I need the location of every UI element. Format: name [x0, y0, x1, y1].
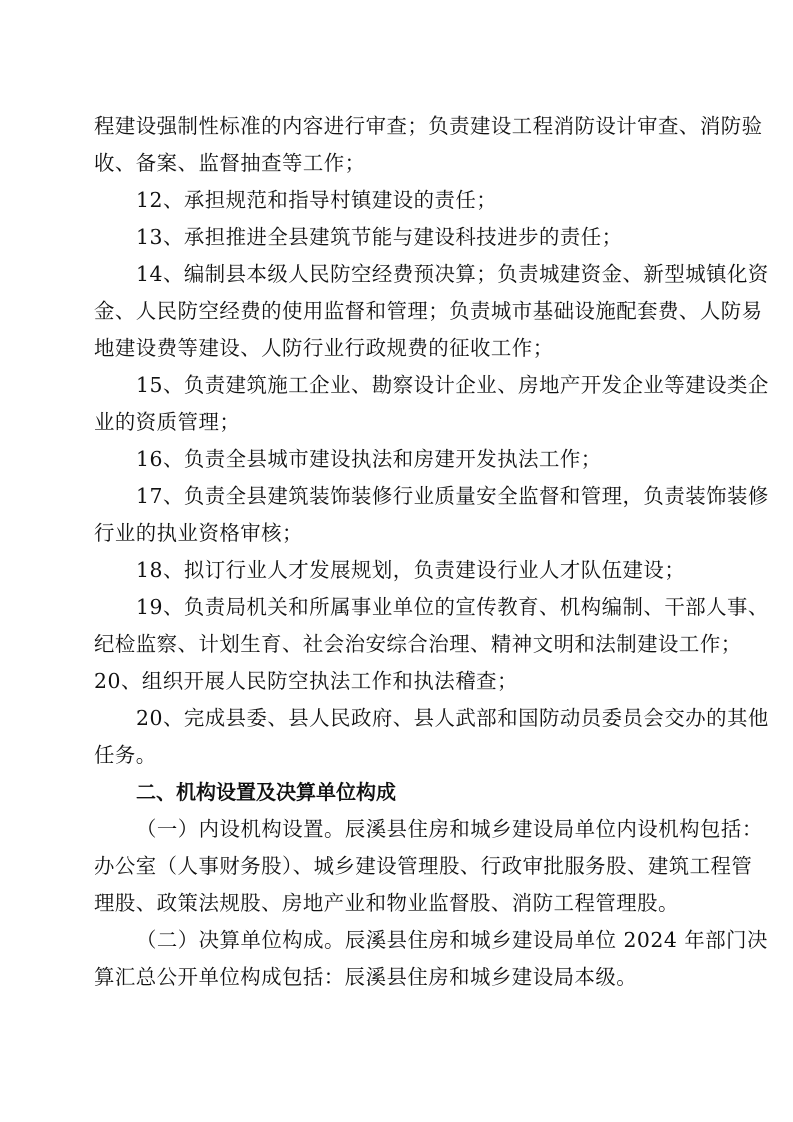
text-line: 理股、政策法规股、房地产业和物业监督股、消防工程管理股。 [94, 885, 704, 922]
section-paragraph-2: （二）决算单位构成。辰溪县住房和城乡建设局单位 2024 年部门决 [94, 922, 704, 959]
text-line: 程建设强制性标准的内容进行审查；负责建设工程消防设计审查、消防验 [94, 108, 704, 145]
list-item-13: 13、承担推进全县建筑节能与建设科技进步的责任； [94, 219, 704, 256]
list-item-17: 17、负责全县建筑装饰装修行业质量安全监督和管理，负责装饰装修 [94, 478, 704, 515]
text-line: 纪检监察、计划生育、社会治安综合治理、精神文明和法制建设工作； [94, 626, 704, 663]
text-line: 任务。 [94, 737, 704, 774]
list-item-12: 12、承担规范和指导村镇建设的责任； [94, 182, 704, 219]
text-line: 业的资质管理； [94, 404, 704, 441]
list-item-19: 19、负责局机关和所属事业单位的宣传教育、机构编制、干部人事、 [94, 589, 704, 626]
list-item-20a: 20、组织开展人民防空执法工作和执法稽查； [94, 663, 704, 700]
list-item-16: 16、负责全县城市建设执法和房建开发执法工作； [94, 441, 704, 478]
text-line: 金、人民防空经费的使用监督和管理；负责城市基础设施配套费、人防易 [94, 293, 704, 330]
document-body: 程建设强制性标准的内容进行审查；负责建设工程消防设计审查、消防验 收、备案、监督… [94, 108, 704, 996]
text-line: 办公室（人事财务股）、城乡建设管理股、行政审批服务股、建筑工程管 [94, 848, 704, 885]
section-heading: 二、机构设置及决算单位构成 [94, 774, 704, 811]
text-line: 地建设费等建设、人防行业行政规费的征收工作； [94, 330, 704, 367]
section-paragraph-1: （一）内设机构设置。辰溪县住房和城乡建设局单位内设机构包括： [94, 811, 704, 848]
document-page: 程建设强制性标准的内容进行审查；负责建设工程消防设计审查、消防验 收、备案、监督… [0, 0, 793, 1122]
text-line: 收、备案、监督抽查等工作； [94, 145, 704, 182]
list-item-14: 14、编制县本级人民防空经费预决算；负责城建资金、新型城镇化资 [94, 256, 704, 293]
list-item-15: 15、负责建筑施工企业、勘察设计企业、房地产开发企业等建设类企 [94, 367, 704, 404]
list-item-18: 18、拟订行业人才发展规划，负责建设行业人才队伍建设； [94, 552, 704, 589]
text-line: 行业的执业资格审核； [94, 515, 704, 552]
list-item-20b: 20、完成县委、县人民政府、县人武部和国防动员委员会交办的其他 [94, 700, 704, 737]
text-line: 算汇总公开单位构成包括：辰溪县住房和城乡建设局本级。 [94, 959, 704, 996]
